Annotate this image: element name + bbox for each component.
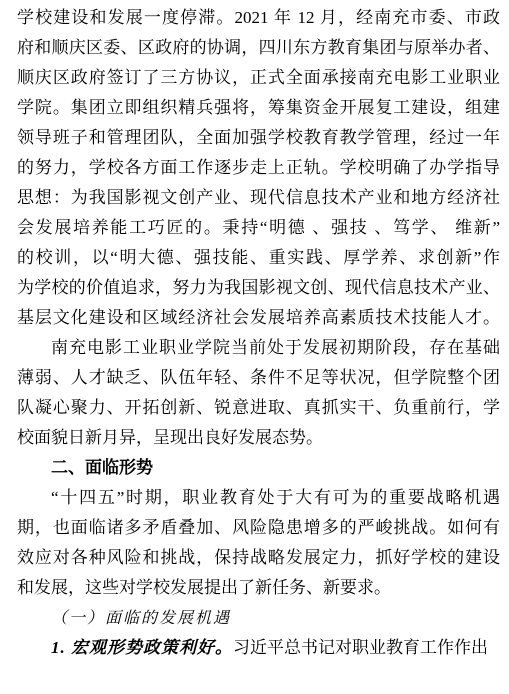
text-line: 会发展培养能工巧匠的。秉持“明德 、强技 、笃学、 维新” — [17, 213, 500, 243]
text-line: 学院。集团立即组织精兵强将，筹集资金开展复工建设，组建 — [17, 93, 500, 123]
document-body: 学校建设和发展一度停滞。2021 年 12 月，经南充市委、市政府和顺庆区委、区… — [17, 3, 500, 663]
text-line: 的校训，以“明大德、强技能、重实践、厚学养、求创新”作 — [17, 243, 500, 273]
text-run: 习近平总书记对职业教育工作作出 — [233, 638, 488, 657]
text-run: 基层文化建设和区域经济社会发展培养高素质技术技能人才。 — [17, 308, 500, 327]
document-page: 学校建设和发展一度停滞。2021 年 12 月，经南充市委、市政府和顺庆区委、区… — [0, 0, 509, 694]
text-run: 薄弱、人才缺乏、队伍年轻、条件不足等状况，但学院整个团 — [17, 368, 500, 387]
subheading-text: 1. 宏观形势政策利好。 — [51, 638, 233, 657]
text-line: 学校建设和发展一度停滞。2021 年 12 月，经南充市委、市政 — [17, 3, 500, 33]
text-line: 期，也面临诸多矛盾叠加、风险隐患增多的严峻挑战。如何有 — [17, 513, 500, 543]
subheading-text: （一）面临的发展机遇 — [51, 610, 231, 627]
text-line: 薄弱、人才缺乏、队伍年轻、条件不足等状况，但学院整个团 — [17, 363, 500, 393]
text-run: 顺庆区政府签订了三方协议，正式全面承接南充电影工业职业 — [17, 68, 500, 87]
text-run: “十四五”时期，职业教育处于大有可为的重要战略机遇 — [51, 488, 500, 507]
text-line: “十四五”时期，职业教育处于大有可为的重要战略机遇 — [17, 483, 500, 513]
text-line: 思想：为我国影视文创产业、现代信息技术产业和地方经济社 — [17, 183, 500, 213]
text-run: 领导班子和管理团队，全面加强学校教育教学管理，经过一年 — [17, 128, 500, 147]
text-line: 领导班子和管理团队，全面加强学校教育教学管理，经过一年 — [17, 123, 500, 153]
text-line: 校面貌日新月异，呈现出良好发展态势。 — [17, 423, 500, 453]
text-line: 效应对各种风险和挑战，保持战略发展定力，抓好学校的建设 — [17, 543, 500, 573]
text-line: 队凝心聚力、开拓创新、锐意进取、真抓实干、负重前行，学 — [17, 393, 500, 423]
section-heading-text: 二、面临形势 — [51, 458, 153, 477]
text-run: 效应对各种风险和挑战，保持战略发展定力，抓好学校的建设 — [17, 548, 500, 567]
text-line: 南充电影工业职业学院当前处于发展初期阶段，存在基础 — [17, 333, 500, 363]
text-line: 顺庆区政府签订了三方协议，正式全面承接南充电影工业职业 — [17, 63, 500, 93]
text-run: 府和顺庆区委、区政府的协调，四川东方教育集团与原举办者、 — [17, 38, 500, 57]
text-run: 会发展培养能工巧匠的。秉持“明德 、强技 、笃学、 维新” — [17, 218, 500, 237]
text-run: 和发展，这些对学校发展提出了新任务、新要求。 — [17, 578, 391, 597]
text-run: 南充电影工业职业学院当前处于发展初期阶段，存在基础 — [51, 338, 500, 357]
text-run: 的校训，以“明大德、强技能、重实践、厚学养、求创新”作 — [17, 248, 500, 267]
text-line: 为学校的价值追求，努力为我国影视文创、现代信息技术产业、 — [17, 273, 500, 303]
text-run: 学院。集团立即组织精兵强将，筹集资金开展复工建设，组建 — [17, 98, 500, 117]
text-run: 校面貌日新月异，呈现出良好发展态势。 — [17, 428, 323, 447]
text-run: 思想：为我国影视文创产业、现代信息技术产业和地方经济社 — [17, 188, 500, 207]
text-line: 的努力，学校各方面工作逐步走上正轨。学校明确了办学指导 — [17, 153, 500, 183]
text-run: 为学校的价值追求，努力为我国影视文创、现代信息技术产业、 — [17, 278, 500, 297]
text-line: 府和顺庆区委、区政府的协调，四川东方教育集团与原举办者、 — [17, 33, 500, 63]
text-line: 二、面临形势 — [17, 453, 500, 483]
text-run: 期，也面临诸多矛盾叠加、风险隐患增多的严峻挑战。如何有 — [17, 518, 500, 537]
text-run: 学校建设和发展一度停滞。2021 年 12 月，经南充市委、市政 — [17, 8, 500, 27]
text-line: 和发展，这些对学校发展提出了新任务、新要求。 — [17, 573, 500, 603]
text-run: 的努力，学校各方面工作逐步走上正轨。学校明确了办学指导 — [17, 158, 500, 177]
text-line: 1. 宏观形势政策利好。习近平总书记对职业教育工作作出 — [17, 633, 500, 663]
text-run: 队凝心聚力、开拓创新、锐意进取、真抓实干、负重前行，学 — [17, 398, 500, 417]
text-line: 基层文化建设和区域经济社会发展培养高素质技术技能人才。 — [17, 303, 500, 333]
text-line: （一）面临的发展机遇 — [17, 603, 500, 633]
